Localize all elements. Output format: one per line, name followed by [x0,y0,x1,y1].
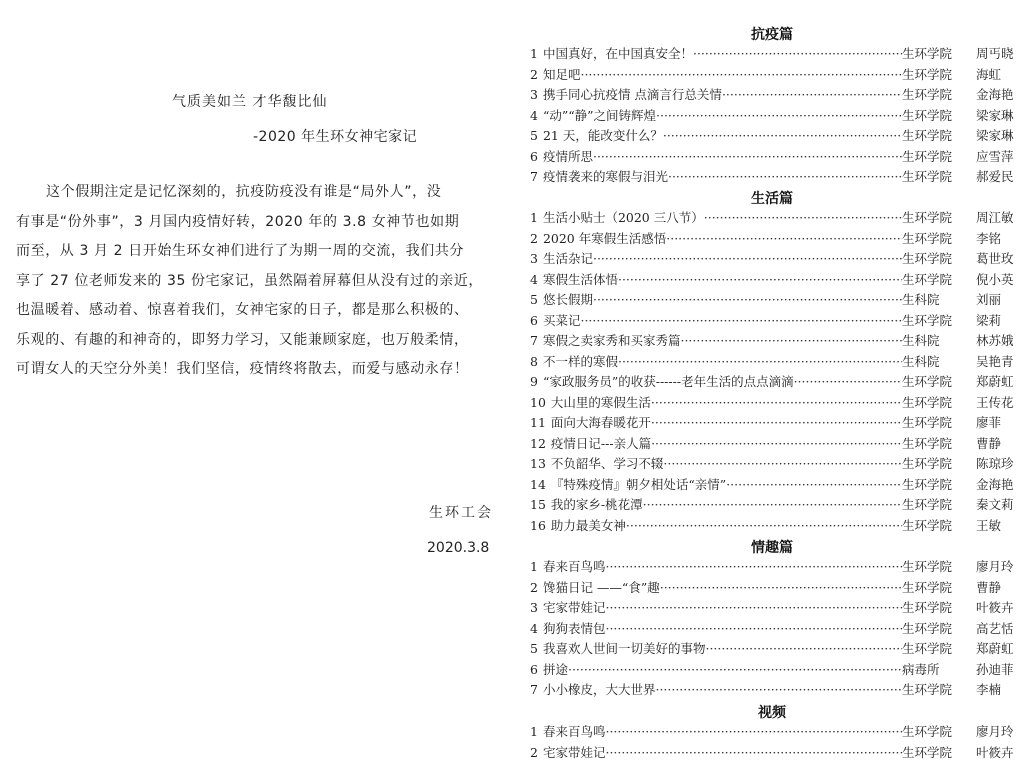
left-page: 气质美如兰 才华馥比仙 -2020 年生环女神宅家记 这个假期注定是记忆深刻的，… [0,0,512,768]
entry-number: 5 [530,290,538,310]
entry-title: 狗狗表情包 [543,619,606,639]
toc-entry: 8不一样的寒假生科院吴艳青 [530,352,1024,372]
entry-number: 7 [530,331,538,351]
dot-leader [593,147,902,167]
entry-author: 陈琼珍 [976,454,1024,474]
entry-department: 生环学院 [902,85,976,105]
entry-number: 7 [530,167,538,187]
signature: 生环工会 [429,502,493,522]
entry-author: 高艺恬 [976,619,1024,639]
table-of-contents: 抗疫篇1中国真好，在中国真安全！生环学院周丐晓2知足吧生环学院海虹3携手同心抗疫… [520,0,1024,768]
entry-title: 疫情所思 [543,147,593,167]
entry-author: 倪小英 [976,270,1024,290]
entry-author: 周丐晓 [976,44,1024,64]
paragraph-line: 有事是“份外事”，3 月国内疫情好转，2020 年的 3.8 女神节也如期 [16,208,492,238]
dot-leader [605,619,902,639]
entry-department: 生环学院 [902,495,976,515]
entry-author: 吴艳青 [976,352,1024,372]
dot-leader [605,743,902,763]
entry-title: 大山里的寒假生活 [551,393,651,413]
toc-entry: 4狗狗表情包生环学院高艺恬 [530,619,1024,639]
entry-department: 生环学院 [902,598,976,618]
entry-title: 我的家乡-桃花潭 [551,495,643,515]
entry-department: 生环学院 [902,106,976,126]
entry-author: 廖月玲 [976,722,1024,742]
entry-department: 生环学院 [902,639,976,659]
entry-author: 李铭 [976,229,1024,249]
entry-author: 葛世玫 [976,249,1024,269]
entry-number: 3 [530,249,538,269]
entry-title: 宅家带娃记 [543,598,606,618]
entry-title: 不负韶华、学习不辍 [551,454,664,474]
toc-entry: 5悠长假期生科院刘丽 [530,290,1024,310]
entry-department: 生环学院 [902,208,976,228]
entry-title: “动”“静”之间铸辉煌 [543,106,656,126]
entry-department: 生环学院 [902,393,976,413]
entry-author: 王敏 [976,516,1024,536]
dot-leader [605,557,902,577]
entry-number: 13 [530,454,546,474]
entry-department: 生环学院 [902,454,976,474]
toc-entry: 11面向大海春暖花开生环学院廖菲 [530,413,1024,433]
section-title: 视频 [520,702,1024,722]
toc-entry: 9“家政服务员”的收获------老年生活的点点滴滴生环学院郑蔚虹 [530,372,1024,392]
entry-number: 15 [530,495,546,515]
entry-number: 2 [530,743,538,763]
toc-entry: 1生活小贴士（2020 三八节）生环学院周江敏 [530,208,1024,228]
dot-leader [643,495,902,515]
entry-title: 寒假之卖家秀和买家秀篇 [543,331,681,351]
entry-title: 携手同心抗疫情 点滴言行总关情 [543,85,722,105]
toc-entry: 4寒假生活体悟生环学院倪小英 [530,270,1024,290]
entry-title: 寒假生活体悟 [543,270,618,290]
dot-leader [593,290,902,310]
dot-leader [618,270,902,290]
toc-entry: 2馋猫日记 ——“食”趣生环学院曹静 [530,578,1024,598]
dot-leader [656,106,902,126]
entry-department: 生环学院 [902,516,976,536]
entry-author: 郑蔚虹 [976,639,1024,659]
entry-author: 廖菲 [976,413,1024,433]
signature-date: 2020.3.8 [427,540,489,556]
dot-leader [593,249,902,269]
entry-number: 6 [530,311,538,331]
toc-entry: 13不负韶华、学习不辍生环学院陈琼珍 [530,454,1024,474]
entry-author: 林苏娥 [976,331,1024,351]
entry-author: 曹静 [976,434,1024,454]
toc-entry: 16助力最美女神生环学院王敏 [530,516,1024,536]
entry-number: 9 [530,372,538,392]
toc-entry: 4“动”“静”之间铸辉煌生环学院梁家琳 [530,106,1024,126]
entry-author: 叶筱卉 [976,743,1024,763]
entry-author: 梁家琳 [976,126,1024,146]
toc-entry: 10大山里的寒假生活生环学院王传花 [530,393,1024,413]
entry-author: 周江敏 [976,208,1024,228]
dot-leader [693,44,902,64]
entry-title: 宅家带娃记 [543,743,606,763]
section-title: 情趣篇 [520,537,1024,557]
entry-department: 生科院 [902,290,976,310]
entry-number: 6 [530,660,538,680]
dot-leader [726,475,902,495]
toc-entry: 6拼途病毒所孙迪菲 [530,660,1024,680]
entry-author: 金海艳 [976,475,1024,495]
entry-department: 生环学院 [902,743,976,763]
paragraph-line: 享了 27 位老师发来的 35 份宅家记，虽然隔着屏幕但从没有过的亲近， [16,267,492,297]
toc-entry: 2宅家带娃记生环学院叶筱卉 [530,743,1024,763]
entry-number: 4 [530,619,538,639]
entry-author: 曹静 [976,578,1024,598]
entry-title: 悠长假期 [543,290,593,310]
entry-number: 2 [530,229,538,249]
section-title: 抗疫篇 [520,24,1024,44]
entry-author: 梁莉 [976,311,1024,331]
entry-department: 生环学院 [902,475,976,495]
toc-entry: 2知足吧生环学院海虹 [530,65,1024,85]
entry-title: 拼途 [543,660,568,680]
entry-department: 生环学院 [902,126,976,146]
entry-number: 4 [530,106,538,126]
paragraph-line: 也温暖着、感动着、惊喜着我们，女神宅家的日子，都是那么积极的、 [16,296,492,326]
entry-number: 1 [530,722,538,742]
toc-entry: 1中国真好，在中国真安全！生环学院周丐晓 [530,44,1024,64]
entry-title: 『特殊疫情』朝夕相处话“亲情” [551,475,726,495]
dot-leader [605,598,902,618]
entry-department: 病毒所 [902,660,976,680]
entry-department: 生环学院 [902,249,976,269]
toc-entry: 521 天，能改变什么？生环学院梁家琳 [530,126,1024,146]
entry-department: 生科院 [902,331,976,351]
poem-title: 气质美如兰 才华馥比仙 [172,91,327,111]
dot-leader [618,352,902,372]
toc-entry: 7寒假之卖家秀和买家秀篇生科院林苏娥 [530,331,1024,351]
entry-title: 我喜欢人世间一切美好的事物 [543,639,706,659]
entry-number: 7 [530,680,538,700]
entry-department: 生环学院 [902,413,976,433]
dot-leader [580,65,902,85]
entry-department: 生环学院 [902,270,976,290]
dot-leader [568,660,902,680]
entry-number: 16 [530,516,546,536]
dot-leader [680,331,902,351]
entry-title: 生活小贴士（2020 三八节） [543,208,704,228]
entry-number: 12 [530,434,546,454]
entry-department: 生环学院 [902,147,976,167]
entry-author: 应雪萍 [976,147,1024,167]
entry-number: 11 [530,413,546,433]
entry-author: 廖月玲 [976,557,1024,577]
dot-leader [660,578,902,598]
toc-entry: 1春来百鸟鸣生环学院廖月玲 [530,557,1024,577]
entry-title: 中国真好，在中国真安全！ [543,44,693,64]
dot-leader [704,208,902,228]
intro-paragraph: 这个假期注定是记忆深刻的，抗疫防疫没有谁是“局外人”，没 有事是“份外事”，3 … [16,178,492,385]
toc-entry: 3宅家带娃记生环学院叶筱卉 [530,598,1024,618]
entry-title: 不一样的寒假 [543,352,618,372]
entry-title: 春来百鸟鸣 [543,557,606,577]
entry-department: 生环学院 [902,722,976,742]
entry-number: 5 [530,639,538,659]
entry-number: 14 [530,475,546,495]
entry-department: 生环学院 [902,311,976,331]
entry-title: 疫情日记---亲人篇 [551,434,651,454]
entry-title: 春来百鸟鸣 [543,722,606,742]
entry-author: 李楠 [976,680,1024,700]
toc-entry: 15我的家乡-桃花潭生环学院秦文莉 [530,495,1024,515]
toc-entry: 6买菜记生环学院梁莉 [530,311,1024,331]
toc-entry: 5我喜欢人世间一切美好的事物生环学院郑蔚虹 [530,639,1024,659]
dot-leader [722,85,902,105]
toc-entry: 12疫情日记---亲人篇生环学院曹静 [530,434,1024,454]
entry-number: 6 [530,147,538,167]
entry-department: 生环学院 [902,167,976,187]
entry-title: 21 天，能改变什么？ [543,126,663,146]
entry-author: 叶筱卉 [976,598,1024,618]
entry-department: 生科院 [902,352,976,372]
entry-author: 孙迪菲 [976,660,1024,680]
entry-title: 馋猫日记 ——“食”趣 [543,578,660,598]
entry-number: 3 [530,85,538,105]
dot-leader [651,393,902,413]
toc-entry: 3生活杂记生环学院葛世玫 [530,249,1024,269]
entry-author: 秦文莉 [976,495,1024,515]
dot-leader [663,126,902,146]
entry-number: 2 [530,65,538,85]
entry-title: 疫情袭来的寒假与泪光 [543,167,668,187]
entry-number: 1 [530,44,538,64]
dot-leader [794,372,902,392]
entry-author: 梁家琳 [976,106,1024,126]
entry-number: 5 [530,126,538,146]
dot-leader [705,639,902,659]
toc-entry: 6疫情所思生环学院应雪萍 [530,147,1024,167]
entry-department: 生环学院 [902,680,976,700]
toc-entry: 3携手同心抗疫情 点滴言行总关情生环学院金海艳 [530,85,1024,105]
toc-entry: 7疫情袭来的寒假与泪光生环学院郝爱民 [530,167,1024,187]
entry-department: 生环学院 [902,229,976,249]
dot-leader [605,722,902,742]
entry-title: 面向大海春暖花开 [551,413,651,433]
entry-title: 知足吧 [543,65,581,85]
entry-department: 生环学院 [902,578,976,598]
entry-title: “家政服务员”的收获------老年生活的点点滴滴 [543,372,794,392]
entry-number: 8 [530,352,538,372]
dot-leader [666,229,902,249]
entry-title: 生活杂记 [543,249,593,269]
toc-entry: 14『特殊疫情』朝夕相处话“亲情”生环学院金海艳 [530,475,1024,495]
entry-number: 4 [530,270,538,290]
paragraph-line: 乐观的、有趣的和神奇的，即努力学习，又能兼顾家庭，也万般柔情， [16,326,492,356]
dot-leader [580,311,902,331]
dot-leader [668,167,902,187]
entry-number: 2 [530,578,538,598]
entry-number: 3 [530,598,538,618]
entry-department: 生环学院 [902,65,976,85]
toc-entry: 22020 年寒假生活感悟生环学院李铭 [530,229,1024,249]
entry-department: 生环学院 [902,44,976,64]
entry-author: 郝爱民 [976,167,1024,187]
dot-leader [651,434,902,454]
entry-author: 金海艳 [976,85,1024,105]
paragraph-line: 可谓女人的天空分外美！我们坚信，疫情终将散去，而爱与感动永存！ [16,355,492,385]
entry-title: 2020 年寒假生活感悟 [543,229,666,249]
entry-number: 10 [530,393,546,413]
entry-department: 生环学院 [902,557,976,577]
subtitle: -2020 年生环女神宅家记 [253,126,417,146]
entry-author: 海虹 [976,65,1024,85]
dot-leader [655,680,902,700]
entry-title: 买菜记 [543,311,581,331]
dot-leader [651,413,902,433]
entry-department: 生环学院 [902,372,976,392]
dot-leader [663,454,902,474]
entry-number: 1 [530,557,538,577]
entry-department: 生环学院 [902,619,976,639]
entry-title: 小小橡皮，大大世界 [543,680,656,700]
paragraph-line: 这个假期注定是记忆深刻的，抗疫防疫没有谁是“局外人”，没 [16,178,492,208]
entry-number: 1 [530,208,538,228]
entry-author: 郑蔚虹 [976,372,1024,392]
dot-leader [626,516,902,536]
entry-department: 生环学院 [902,434,976,454]
entry-title: 助力最美女神 [551,516,626,536]
paragraph-line: 而至，从 3 月 2 日开始生环女神们进行了为期一周的交流，我们共分 [16,237,492,267]
toc-entry: 1春来百鸟鸣生环学院廖月玲 [530,722,1024,742]
entry-author: 王传花 [976,393,1024,413]
section-title: 生活篇 [520,188,1024,208]
entry-author: 刘丽 [976,290,1024,310]
toc-entry: 7小小橡皮，大大世界生环学院李楠 [530,680,1024,700]
